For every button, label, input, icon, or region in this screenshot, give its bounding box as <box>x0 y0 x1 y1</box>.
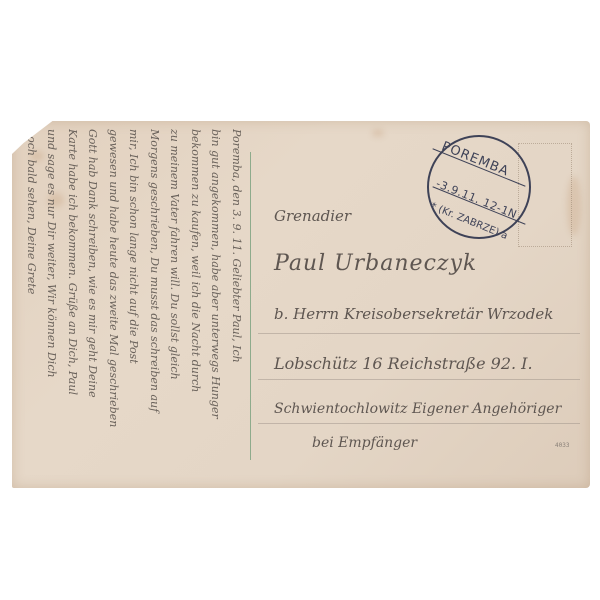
message-line: Poremba, den 3. 9. 11. Geliebter Paul, I… <box>226 129 247 481</box>
postmark: POREMBA -3.9.11. 12-1N * (Kr. ZABRZE) a <box>427 135 531 239</box>
message-line: Gott hab Dank schreiben, wie es mir geht… <box>82 129 103 481</box>
divider-line <box>250 152 251 460</box>
print-mark: 4033 <box>555 442 569 449</box>
address-rank: Grenadier <box>274 207 351 225</box>
address-town: Schwientochlowitz Eigener Angehöriger <box>274 401 561 417</box>
message-line: mir, Ich bin schon lange nicht auf die P… <box>123 129 144 481</box>
message-line: noch bald sehen, Deine Grete <box>21 129 42 481</box>
message-line: Karte habe ich bekommen. Grüße an Dich, … <box>62 129 83 481</box>
message-line: Morgens geschrieben, Du musst das schrei… <box>144 129 165 481</box>
message-line: gewesen und habe heute das zweite Mal ge… <box>103 129 124 481</box>
postcard: Poremba, den 3. 9. 11. Geliebter Paul, I… <box>12 121 590 488</box>
address-care-of: b. Herrn Kreisobersekretär Wrzodek <box>274 305 553 323</box>
ruled-line <box>258 333 580 334</box>
message-line: bin gut angekommen, habe aber unterwegs … <box>205 129 226 481</box>
address-name: Paul Urbaneczyk <box>274 251 477 276</box>
message-line: und sage es nur Dir weiter, Wir können D… <box>41 129 62 481</box>
address-street: Lobschütz 16 Reichstraße 92. I. <box>274 354 533 373</box>
message-area: Poremba, den 3. 9. 11. Geliebter Paul, I… <box>18 129 246 481</box>
ruled-line <box>258 379 580 380</box>
message-text: Poremba, den 3. 9. 11. Geliebter Paul, I… <box>21 129 247 481</box>
message-line: bekommen zu kaufen, weil ich die Nacht d… <box>185 129 206 481</box>
address-note: bei Empfänger <box>312 435 417 451</box>
stain <box>372 129 384 137</box>
message-line: zu meinem Vater fahren will. Du sollst g… <box>164 129 185 481</box>
ruled-line <box>258 423 580 424</box>
